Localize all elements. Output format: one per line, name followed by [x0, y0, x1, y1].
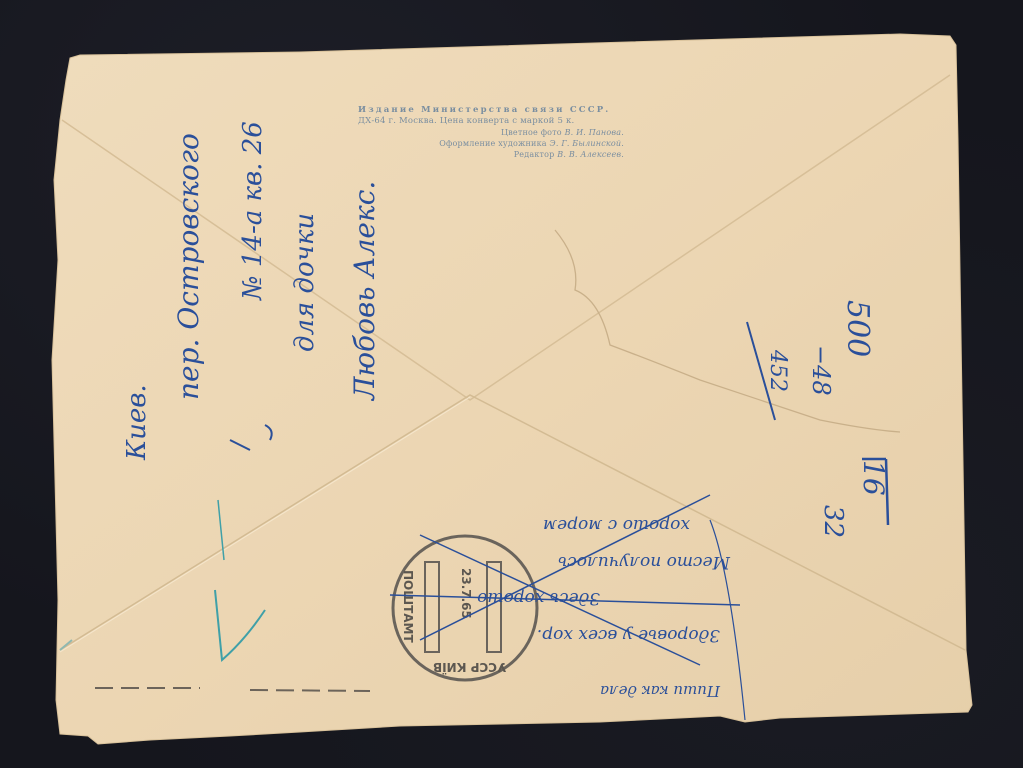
envelope: Издание Министерства связи СССР. ДХ-64 г… — [0, 0, 1023, 768]
cross-out-strokes — [0, 0, 1023, 768]
